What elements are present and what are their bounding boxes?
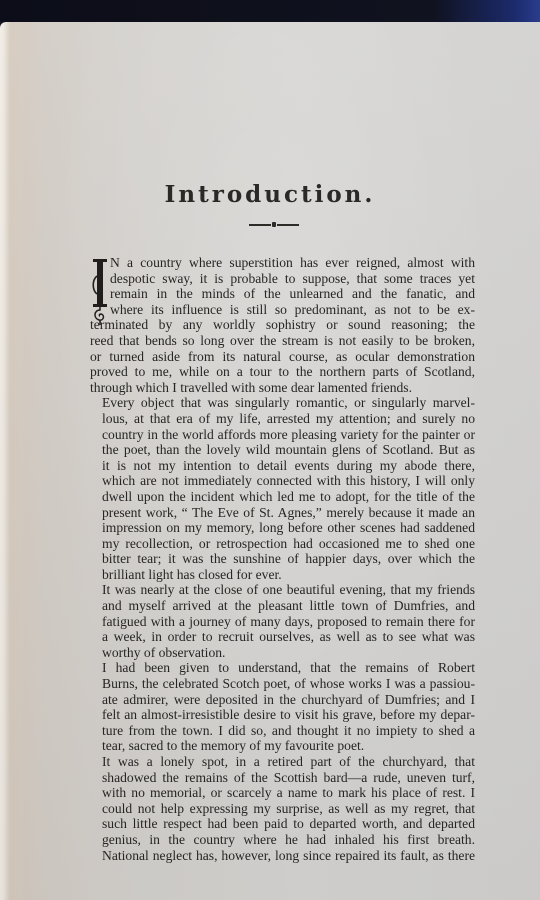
text-line: National neglect has, however, long sinc… bbox=[90, 848, 475, 864]
text-line: felt an almost-irresistible desire to vi… bbox=[90, 707, 475, 723]
paragraph-3: It was nearly at the close of one beauti… bbox=[90, 582, 475, 660]
ornament-center-dot bbox=[272, 222, 276, 227]
text-line: It was nearly at the close of one beauti… bbox=[90, 582, 475, 598]
text-line: country in the world affords more pleasi… bbox=[90, 427, 475, 443]
text-line: It was a lonely spot, in a retired part … bbox=[90, 754, 475, 770]
ornament-right-rule bbox=[277, 224, 299, 226]
text-line: impression on my memory, long before oth… bbox=[90, 520, 475, 536]
text-line: N a country where superstition has ever … bbox=[110, 255, 475, 271]
text-line: which are not immediately connected with… bbox=[90, 473, 475, 489]
text-line: dwell upon the incident which led me to … bbox=[90, 489, 475, 505]
text-line: present work, “ The Eve of St. Agnes,” m… bbox=[90, 505, 475, 521]
text-line: with no memorial, or scarcely a name to … bbox=[90, 785, 475, 801]
chapter-title: Introduction. bbox=[0, 181, 540, 208]
text-line: bitter tear; it was the sunshine of happ… bbox=[90, 551, 475, 567]
text-line: worthy of observation. bbox=[90, 645, 475, 661]
text-line: tear, sacred to the memory of my favouri… bbox=[90, 738, 475, 754]
body-text: N a country where superstition has ever … bbox=[90, 255, 475, 863]
text-line: such little respect had been paid to dep… bbox=[90, 816, 475, 832]
text-line: lous, at that era of my life, arrested m… bbox=[90, 411, 475, 427]
text-line: where its influence is still so predomin… bbox=[110, 302, 475, 318]
text-line: fatigued with a journey of many days, pr… bbox=[90, 614, 475, 630]
text-line: reed that bends so long over the stream … bbox=[90, 333, 475, 349]
text-line: the poet, than the lovely wild mountain … bbox=[90, 442, 475, 458]
text-line: my recollection, or retrospection had oc… bbox=[90, 536, 475, 552]
text-line: and myself arrived at the pleasant littl… bbox=[90, 598, 475, 614]
text-line: could not help expressing my surprise, a… bbox=[90, 801, 475, 817]
text-line: despotic sway, it is probable to suppose… bbox=[110, 271, 475, 287]
text-line: a week, in order to recruit ourselves, a… bbox=[90, 629, 475, 645]
ornament-left-rule bbox=[249, 224, 271, 226]
paragraph-1: N a country where superstition has ever … bbox=[90, 255, 475, 395]
text-line: ate admirer, were deposited in the churc… bbox=[90, 692, 475, 708]
paragraph-5: It was a lonely spot, in a retired part … bbox=[90, 754, 475, 863]
text-line: or turned aside from its natural course,… bbox=[90, 349, 475, 365]
paragraph-2: Every object that was singularly romanti… bbox=[90, 395, 475, 582]
text-line: shadowed the remains of the Scottish bar… bbox=[90, 770, 475, 786]
text-line: proved to me, while on a tour to the nor… bbox=[90, 364, 475, 380]
title-ornament-divider bbox=[249, 222, 299, 228]
text-line: I had been given to understand, that the… bbox=[90, 660, 475, 676]
text-line: ture from the town. I did so, and though… bbox=[90, 723, 475, 739]
text-line: brilliant light has closed for ever. bbox=[90, 567, 475, 583]
text-line: through which I travelled with some dear… bbox=[90, 380, 475, 396]
text-line: Every object that was singularly romanti… bbox=[90, 395, 475, 411]
text-line: it is not my intention to detail events … bbox=[90, 458, 475, 474]
text-line: Burns, the celebrated Scotch poet, of wh… bbox=[90, 676, 475, 692]
paragraph-4: I had been given to understand, that the… bbox=[90, 660, 475, 754]
dark-background-edge bbox=[0, 0, 540, 24]
text-line: terminated by any worldly sophistry or s… bbox=[90, 317, 475, 333]
text-line: genius, in the country where he had inha… bbox=[90, 832, 475, 848]
text-line: remain in the minds of the unlearned and… bbox=[110, 286, 475, 302]
